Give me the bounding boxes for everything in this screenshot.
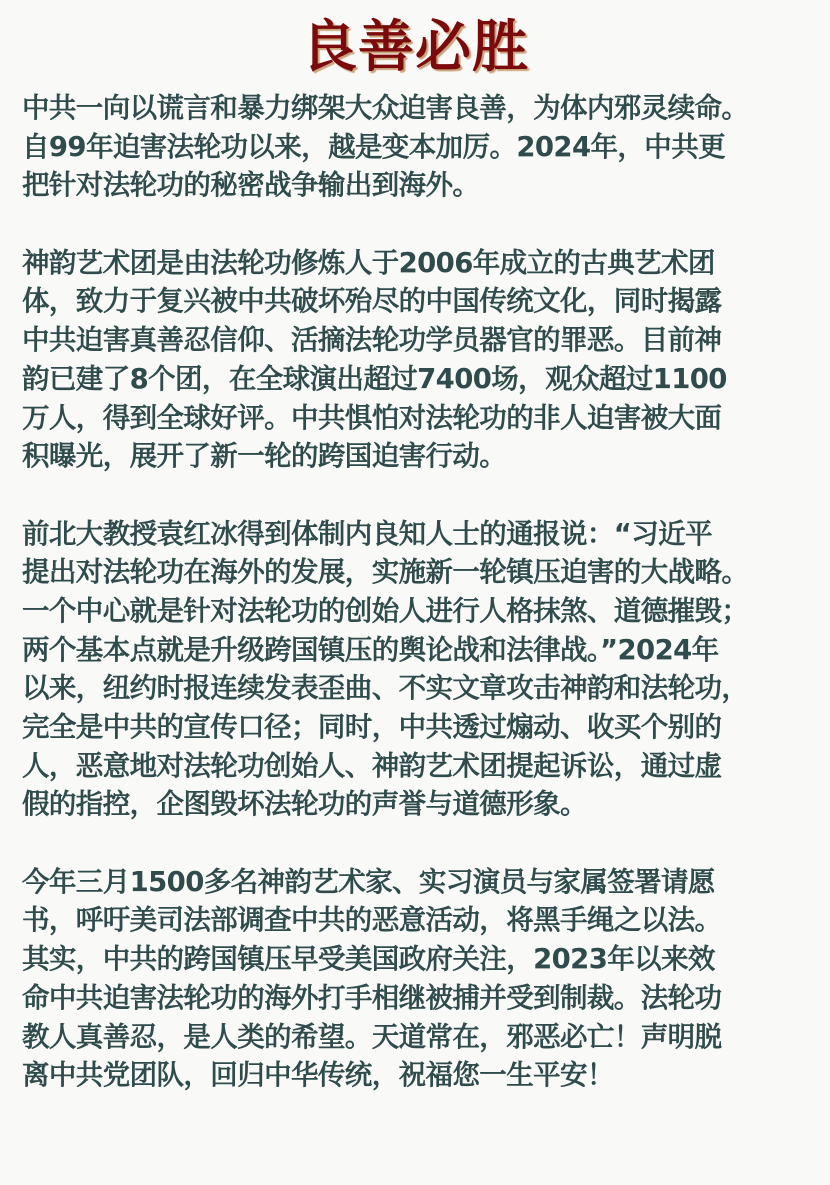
text-line: 体，致力于复兴被中共破坏殆尽的中国传统文化，同时揭露 [22, 282, 822, 321]
text-line: 积曝光，展开了新一轮的跨国迫害行动。 [22, 437, 822, 476]
text-line: 其实，中共的跨国镇压早受美国政府关注，2023年以来效 [22, 940, 822, 979]
text-line: 把针对法轮功的秘密战争输出到海外。 [22, 166, 822, 205]
text-line: 完全是中共的宣传口径；同时，中共透过煽动、收买个别的 [22, 708, 822, 747]
text-line: 今年三月1500多名神韵艺术家、实习演员与家属签署请愿 [22, 863, 822, 902]
text-line: 离中共党团队，回归中华传统，祝福您一生平安！ [22, 1056, 822, 1095]
page: 良善必胜 中共一向以谎言和暴力绑架大众迫害良善，为体内邪灵续命。 自99年迫害法… [0, 0, 830, 1185]
text-line: 命中共迫害法轮功的海外打手相继被捕并受到制裁。法轮功 [22, 979, 822, 1018]
page-title: 良善必胜 [0, 12, 830, 84]
paragraph-2: 神韵艺术团是由法轮功修炼人于2006年成立的古典艺术团 体，致力于复兴被中共破坏… [22, 244, 822, 476]
text-line: 前北大教授袁红冰得到体制内良知人士的通报说：“习近平 [22, 515, 822, 554]
text-line: 自99年迫害法轮功以来，越是变本加厉。2024年，中共更 [22, 128, 822, 167]
text-line: 教人真善忍，是人类的希望。天道常在，邪恶必亡！声明脱 [22, 1018, 822, 1057]
text-line: 人，恶意地对法轮功创始人、神韵艺术团提起诉讼，通过虚 [22, 747, 822, 786]
text-line: 中共一向以谎言和暴力绑架大众迫害良善，为体内邪灵续命。 [22, 89, 822, 128]
text-line: 以来，纽约时报连续发表歪曲、不实文章攻击神韵和法轮功， [22, 669, 822, 708]
text-line: 中共迫害真善忍信仰、活摘法轮功学员器官的罪恶。目前神 [22, 321, 822, 360]
text-line: 书，呼吁美司法部调查中共的恶意活动，将黑手绳之以法。 [22, 901, 822, 940]
text-line: 万人，得到全球好评。中共惧怕对法轮功的非人迫害被大面 [22, 399, 822, 438]
paragraph-4: 今年三月1500多名神韵艺术家、实习演员与家属签署请愿 书，呼吁美司法部调查中共… [22, 863, 822, 1095]
text-line: 假的指控，企图毁坏法轮功的声誉与道德形象。 [22, 785, 822, 824]
text-line: 神韵艺术团是由法轮功修炼人于2006年成立的古典艺术团 [22, 244, 822, 283]
text-line: 韵已建了8个团，在全球演出超过7400场，观众超过1100 [22, 360, 822, 399]
text-line: 一个中心就是针对法轮功的创始人进行人格抹煞、道德摧毁； [22, 592, 822, 631]
text-line: 提出对法轮功在海外的发展，实施新一轮镇压迫害的大战略。 [22, 553, 822, 592]
paragraph-1: 中共一向以谎言和暴力绑架大众迫害良善，为体内邪灵续命。 自99年迫害法轮功以来，… [22, 89, 822, 205]
text-line: 两个基本点就是升级跨国镇压的舆论战和法律战。”2024年 [22, 631, 822, 670]
article-body: 中共一向以谎言和暴力绑架大众迫害良善，为体内邪灵续命。 自99年迫害法轮功以来，… [22, 89, 822, 1134]
paragraph-3: 前北大教授袁红冰得到体制内良知人士的通报说：“习近平 提出对法轮功在海外的发展，… [22, 515, 822, 825]
